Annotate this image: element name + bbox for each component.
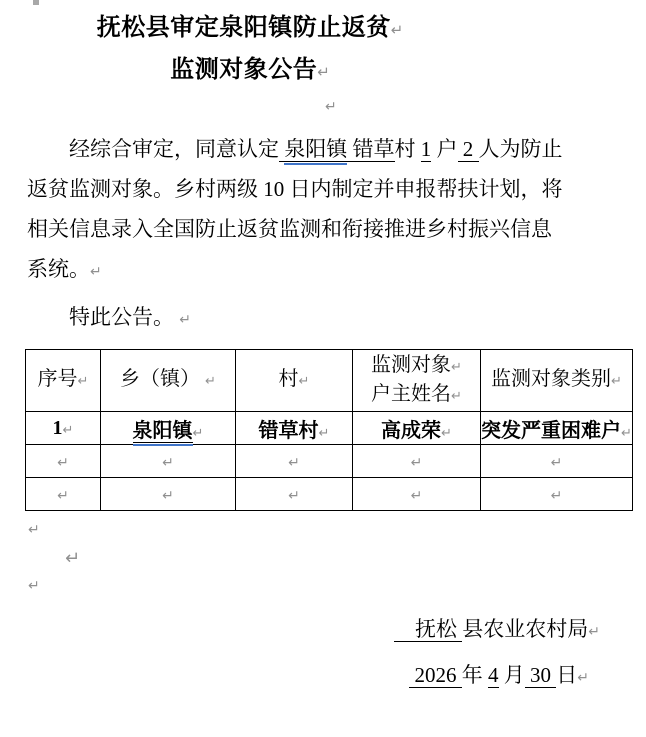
header-text: 户主姓名 (371, 383, 451, 405)
cell-category: 突发严重困难户↵ (481, 412, 633, 445)
empty-cell: ↵ (481, 478, 633, 511)
empty-cell: ↵ (236, 478, 353, 511)
table-empty-row: ↵ ↵ ↵ ↵ ↵ (26, 445, 633, 478)
body-line-4: 系统。↵ (27, 249, 619, 292)
body-line-1: 经综合审定，同意认定 泉阳镇 错草村 1 户 2 人为防止 (27, 129, 619, 169)
title-line-2-text: 监测对象公告 (170, 57, 317, 83)
pilcrow-mark: ↵ (611, 374, 622, 389)
pilcrow-mark: ↵ (299, 374, 310, 389)
pilcrow-mark: ↵ (65, 548, 80, 569)
header-village: 村↵ (236, 350, 353, 412)
empty-paragraph: ↵ (0, 92, 646, 123)
date-year-label: 年 (462, 663, 488, 687)
empty-paragraph: ↵ (65, 544, 646, 573)
title-line-1-text: 抚松县审定泉阳镇防止返贫 (97, 15, 391, 41)
pilcrow-mark: ↵ (193, 426, 204, 441)
body-text: 人为防止 (479, 137, 563, 161)
cell-householder-name: 高成荣↵ (353, 412, 481, 445)
monitoring-table: 序号↵ 乡（镇） ↵ 村↵ 监测对象↵户主姓名↵ 监测对象类别↵ 1↵ 泉阳镇↵… (25, 349, 633, 511)
stray-paragraph-mark (33, 0, 39, 5)
pilcrow-mark: ↵ (57, 488, 69, 504)
empty-cell: ↵ (353, 478, 481, 511)
pilcrow-mark: ↵ (551, 455, 563, 471)
pilcrow-mark: ↵ (319, 426, 330, 441)
pilcrow-mark: ↵ (179, 312, 191, 328)
empty-cell: ↵ (481, 445, 633, 478)
date-day-label: 日 (556, 663, 577, 687)
underlined-blank (347, 137, 352, 162)
header-text: 乡（镇） (120, 368, 200, 390)
document-page: 抚松县审定泉阳镇防止返贫↵ 监测对象公告↵ ↵ 经综合审定，同意认定 泉阳镇 错… (0, 0, 646, 737)
cell-village: 错草村↵ (236, 412, 353, 445)
header-line: 户主姓名↵ (353, 381, 480, 410)
empty-cell: ↵ (26, 445, 101, 478)
cell-text-underlined: 泉阳镇 (133, 420, 193, 443)
empty-cell: ↵ (101, 445, 236, 478)
header-text: 监测对象类别 (491, 368, 611, 390)
body-text: 村 (395, 137, 421, 161)
header-text: 村 (279, 368, 299, 390)
empty-paragraph: ↵ (28, 573, 646, 600)
empty-cell: ↵ (101, 478, 236, 511)
table-header-row: 序号↵ 乡（镇） ↵ 村↵ 监测对象↵户主姓名↵ 监测对象类别↵ (26, 350, 633, 412)
date-year-underlined: 2026 (409, 663, 462, 688)
title-line-1: 抚松县审定泉阳镇防止返贫↵ (0, 8, 500, 50)
header-township: 乡（镇） ↵ (101, 350, 236, 412)
pilcrow-mark: ↵ (317, 63, 330, 81)
body-paragraph: 经综合审定，同意认定 泉阳镇 错草村 1 户 2 人为防止 返贫监测对象。乡村两… (27, 129, 619, 292)
title-line-2: 监测对象公告↵ (0, 50, 500, 92)
header-text: 监测对象 (371, 354, 451, 376)
body-line-3: 相关信息录入全国防止返贫监测和衔接推进乡村振兴信息 (27, 209, 619, 249)
cell-text: 高成荣 (381, 420, 441, 442)
pilcrow-mark: ↵ (411, 488, 423, 504)
pilcrow-mark: ↵ (325, 99, 337, 115)
signature-line: 抚松 县农业农村局↵ (0, 609, 646, 652)
pilcrow-mark: ↵ (28, 578, 40, 594)
pilcrow-mark: ↵ (451, 389, 462, 404)
pilcrow-mark: ↵ (162, 455, 174, 471)
cell-text: 1 (53, 417, 63, 439)
agency-county-underlined: 抚松 (394, 617, 462, 642)
pilcrow-mark: ↵ (57, 455, 69, 471)
pilcrow-mark: ↵ (90, 264, 102, 280)
cell-text: 错草村 (259, 420, 319, 442)
pilcrow-mark: ↵ (391, 21, 404, 39)
empty-cell: ↵ (353, 445, 481, 478)
notice-paragraph: 特此公告。 ↵ (27, 297, 619, 340)
body-line-2: 返贫监测对象。乡村两级 10 日内制定并申报帮扶计划，将 (27, 169, 619, 209)
household-count-underlined: 1 (421, 137, 432, 162)
pilcrow-mark: ↵ (28, 522, 40, 538)
pilcrow-mark: ↵ (162, 488, 174, 504)
pilcrow-mark: ↵ (551, 488, 563, 504)
header-serial: 序号↵ (26, 350, 101, 412)
pilcrow-mark: ↵ (441, 426, 452, 441)
date-day-underlined: 30 (525, 663, 557, 688)
header-householder-name: 监测对象↵户主姓名↵ (353, 350, 481, 412)
cell-text: 突发严重困难户 (481, 420, 621, 442)
pilcrow-mark: ↵ (63, 423, 74, 438)
pilcrow-mark: ↵ (577, 670, 589, 686)
body-text: 经综合审定，同意认定 (69, 137, 279, 161)
body-text: 户 (431, 137, 457, 161)
pilcrow-mark: ↵ (205, 374, 216, 389)
town-name-underlined: 泉阳镇 (284, 137, 347, 162)
header-line: 监测对象↵ (353, 352, 480, 381)
empty-paragraph: ↵ (28, 517, 646, 544)
pilcrow-mark: ↵ (451, 360, 462, 375)
cell-serial: 1↵ (26, 412, 101, 445)
pilcrow-mark: ↵ (588, 624, 600, 640)
table-data-row: 1↵ 泉阳镇↵ 错草村↵ 高成荣↵ 突发严重困难户↵ (26, 412, 633, 445)
table-empty-row: ↵ ↵ ↵ ↵ ↵ (26, 478, 633, 511)
pilcrow-mark: ↵ (288, 455, 300, 471)
header-text: 序号 (38, 368, 78, 390)
empty-cell: ↵ (236, 445, 353, 478)
pilcrow-mark: ↵ (621, 426, 632, 441)
agency-name: 县农业农村局 (462, 617, 588, 641)
date-month-label: 月 (499, 663, 525, 687)
village-name-underlined: 错草 (353, 137, 395, 162)
person-count-underlined: 2 (458, 137, 479, 162)
empty-cell: ↵ (26, 478, 101, 511)
notice-text: 特此公告。 (69, 305, 174, 329)
pilcrow-mark: ↵ (78, 374, 89, 389)
document-title: 抚松县审定泉阳镇防止返贫↵ 监测对象公告↵ (0, 8, 500, 92)
date-line: 2026 年 4 月 30 日↵ (0, 655, 646, 698)
header-category: 监测对象类别↵ (481, 350, 633, 412)
cell-township: 泉阳镇↵ (101, 412, 236, 445)
pilcrow-mark: ↵ (288, 488, 300, 504)
date-month-underlined: 4 (488, 663, 499, 688)
body-text: 系统。 (27, 257, 90, 281)
pilcrow-mark: ↵ (411, 455, 423, 471)
